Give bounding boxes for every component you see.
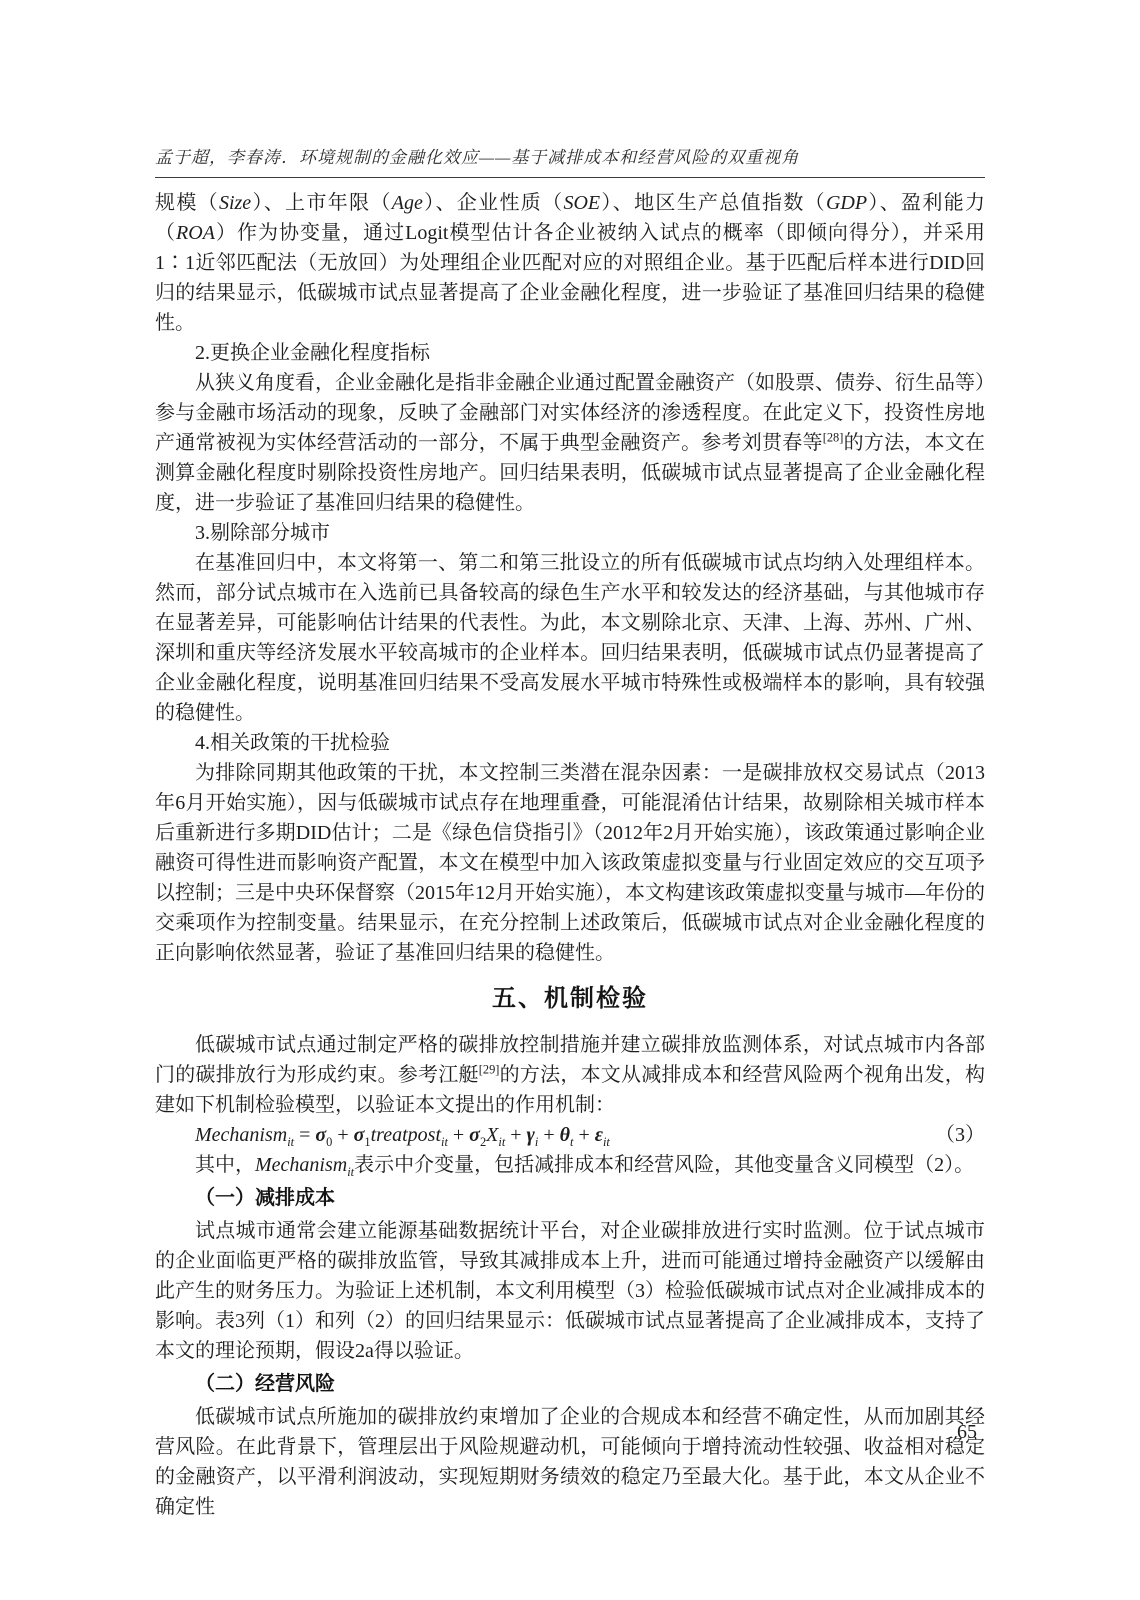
paragraph-formula-note: 其中，Mechanismit表示中介变量，包括减排成本和经营风险，其他变量含义同… <box>155 1150 985 1180</box>
equation-number: （3） <box>935 1120 985 1150</box>
subhead-policy-interference: 4.相关政策的干扰检验 <box>155 728 985 758</box>
section-heading-mechanism-test: 五、机制检验 <box>155 982 985 1016</box>
formula-mechanism-model: Mechanismit = σ0 + σ1treatpostit + σ2Xit… <box>195 1120 610 1150</box>
subhead-exclude-cities: 3.剔除部分城市 <box>155 518 985 548</box>
page-number: 65 <box>957 1418 977 1446</box>
paragraph-replace-indicator: 从狭义角度看，企业金融化是指非金融企业通过配置金融资产（如股票、债券、衍生品等）… <box>155 368 985 518</box>
subsection-heading-operating-risk: （二）经营风险 <box>155 1369 985 1399</box>
subhead-replace-financialization-indicator: 2.更换企业金融化程度指标 <box>155 338 985 368</box>
subsection-heading-abatement-cost: （一）减排成本 <box>155 1183 985 1213</box>
paragraph-mechanism-intro: 低碳城市试点通过制定严格的碳排放控制措施并建立碳排放监测体系，对试点城市内各部门… <box>155 1030 985 1120</box>
paper-page: 孟于超，李春涛．环境规制的金融化效应——基于减排成本和经营风险的双重视角 规模（… <box>0 0 1140 1600</box>
paragraph-policy-interference: 为排除同期其他政策的干扰，本文控制三类潜在混杂因素：一是碳排放权交易试点（201… <box>155 758 985 968</box>
paragraph-psm-robustness: 规模（Size）、上市年限（Age）、企业性质（SOE）、地区生产总值指数（GD… <box>155 188 985 338</box>
paragraph-abatement-cost: 试点城市通常会建立能源基础数据统计平台，对企业碳排放进行实时监测。位于试点城市的… <box>155 1216 985 1366</box>
paragraph-exclude-cities: 在基准回归中，本文将第一、第二和第三批设立的所有低碳城市试点均纳入处理组样本。然… <box>155 548 985 728</box>
page-content: 孟于超，李春涛．环境规制的金融化效应——基于减排成本和经营风险的双重视角 规模（… <box>155 148 985 1522</box>
formula-block: Mechanismit = σ0 + σ1treatpostit + σ2Xit… <box>155 1120 985 1150</box>
body-text: 规模（Size）、上市年限（Age）、企业性质（SOE）、地区生产总值指数（GD… <box>155 188 985 1522</box>
running-head: 孟于超，李春涛．环境规制的金融化效应——基于减排成本和经营风险的双重视角 <box>155 148 985 178</box>
paragraph-operating-risk: 低碳城市试点所施加的碳排放约束增加了企业的合规成本和经营不确定性，从而加剧其经营… <box>155 1402 985 1522</box>
